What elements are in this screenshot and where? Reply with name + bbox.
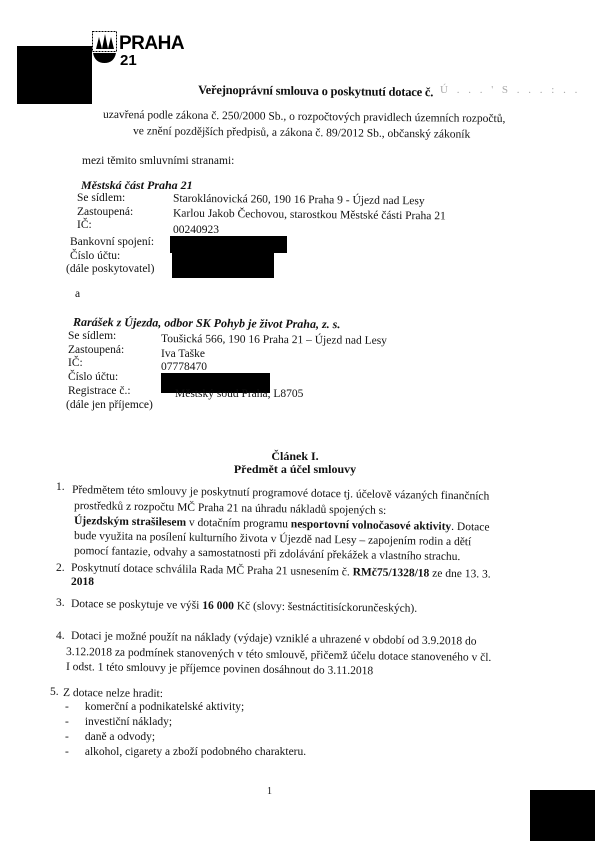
- provider-name: Městská část Praha 21: [81, 178, 193, 193]
- item-5-number: 5.: [50, 686, 59, 698]
- provider-value-seat: Staroklánovická 260, 190 16 Praha 9 - Új…: [173, 193, 425, 208]
- document-title: Veřejnoprávní smlouva o poskytnutí dotac…: [198, 83, 433, 100]
- item-3-number: 3.: [56, 597, 65, 609]
- item-2-line-1: Poskytnutí dotace schválila Rada MČ Prah…: [71, 562, 491, 581]
- item-3-currency: Kč (slovy: šestnáctitisíckorunčeských).: [234, 600, 417, 615]
- item-1-program-name: nesportovní volnočasové aktivity: [291, 518, 452, 533]
- redaction-box-bottom-right: [530, 790, 595, 841]
- item-3-text: Dotace se poskytuje ve výši: [71, 598, 202, 612]
- item-1-line-2: prostředků z rozpočtu MČ Praha 21 na úhr…: [74, 500, 386, 517]
- item-2-year: 2018: [71, 576, 94, 588]
- provider-value-ic: 00240923: [173, 224, 219, 236]
- page-number: 1: [267, 786, 272, 797]
- recipient-label-ic: IČ:: [68, 357, 83, 369]
- recipient-label-seat: Se sídlem:: [68, 330, 116, 342]
- item-2-number: 2.: [56, 562, 65, 574]
- recipient-label-registration: Registrace č.:: [68, 385, 131, 397]
- article-heading: Předmět a účel smlouvy: [200, 462, 390, 477]
- item-2-text: Poskytnutí dotace schválila Rada MČ Prah…: [71, 562, 353, 578]
- item-1-number: 1.: [56, 481, 65, 493]
- item-4-line-3: I odst. 1 této smlouvy je příjemce povin…: [66, 661, 373, 677]
- contract-number-faint: Ú . . . ' S . . . : . .: [440, 84, 580, 96]
- item-1-text-a: v dotačním programu: [186, 517, 291, 531]
- bullet-text: alkohol, cigarety a zboží podobného char…: [85, 746, 306, 758]
- recipient-value-seat: Toušická 566, 190 16 Praha 21 – Újezd na…: [161, 333, 387, 347]
- intro-line-1: uzavřená podle zákona č. 250/2000 Sb., o…: [103, 109, 505, 125]
- item-5-bullet-1: -komerční a podnikatelské aktivity;: [65, 701, 244, 713]
- recipient-label-account: Číslo účtu:: [68, 371, 118, 383]
- provider-value-represented: Karlou Jakob Čechovou, starostkou Městsk…: [173, 208, 446, 223]
- item-3-line: Dotace se poskytuje ve výši 16 000 Kč (s…: [71, 598, 417, 615]
- logo-text-21: 21: [120, 52, 137, 69]
- recipient-label-represented: Zastoupená:: [68, 344, 124, 356]
- item-1-text-b: . Dotace: [451, 521, 490, 534]
- title-text: Veřejnoprávní smlouva o poskytnutí dotac…: [198, 83, 433, 99]
- item-5-bullet-3: -daně a odvody;: [65, 731, 155, 743]
- redaction-box-bank-account: [170, 236, 287, 253]
- bullet-text: investiční náklady;: [85, 716, 172, 728]
- recipient-label-hereinafter: (dále jen příjemce): [66, 399, 153, 411]
- item-5-bullet-2: -investiční náklady;: [65, 716, 172, 728]
- recipient-value-registration: Městský soud Praha, L8705: [175, 388, 303, 400]
- resolution-number: RMč75/1328/18: [353, 566, 430, 579]
- provider-label-bank: Bankovní spojení:: [70, 236, 154, 248]
- bullet-dash: -: [65, 746, 69, 758]
- intro-line-2: ve znění pozdějších předpisů, a zákona č…: [133, 125, 470, 141]
- bullet-text: daně a odvody;: [85, 731, 155, 743]
- provider-label-ic: IČ:: [77, 219, 92, 231]
- item-5-text: Z dotace nelze hradit:: [63, 687, 163, 700]
- recipient-value-ic: 07778470: [161, 361, 207, 373]
- parties-intro: mezi těmito smluvními stranami:: [82, 155, 234, 167]
- redaction-box-account-number: [172, 253, 274, 278]
- provider-label-account: Číslo účtu:: [70, 250, 120, 262]
- recipient-value-represented: Iva Taške: [161, 348, 205, 360]
- bullet-dash: -: [65, 716, 69, 728]
- praha-21-crest-icon: [92, 31, 117, 64]
- provider-label-hereinafter: (dále poskytovatel): [66, 263, 154, 275]
- provider-label-seat: Se sídlem:: [77, 192, 125, 204]
- provider-label-represented: Zastoupená:: [77, 206, 133, 218]
- item-1-line-5: pomocí fantazie, odvahy a samostatnosti …: [74, 545, 461, 563]
- item-4-line-1: Dotaci je možné použít na náklady (výdaj…: [71, 630, 477, 648]
- bullet-dash: -: [65, 701, 69, 713]
- item-1-line-1: Předmětem této smlouvy je poskytnutí pro…: [72, 484, 490, 503]
- redaction-box-top-left: [17, 46, 92, 104]
- bullet-text: komerční a podnikatelské aktivity;: [85, 701, 244, 713]
- bullet-dash: -: [65, 731, 69, 743]
- item-4-number: 4.: [56, 630, 65, 642]
- item-2-date: ze dne 13. 3.: [429, 568, 491, 581]
- grant-amount: 16 000: [202, 600, 234, 612]
- conjunction-and: a: [75, 288, 80, 300]
- item-5-bullet-4: -alkohol, cigarety a zboží podobného cha…: [65, 746, 306, 758]
- item-1-event-name: Újezdským strašilesem: [74, 515, 186, 529]
